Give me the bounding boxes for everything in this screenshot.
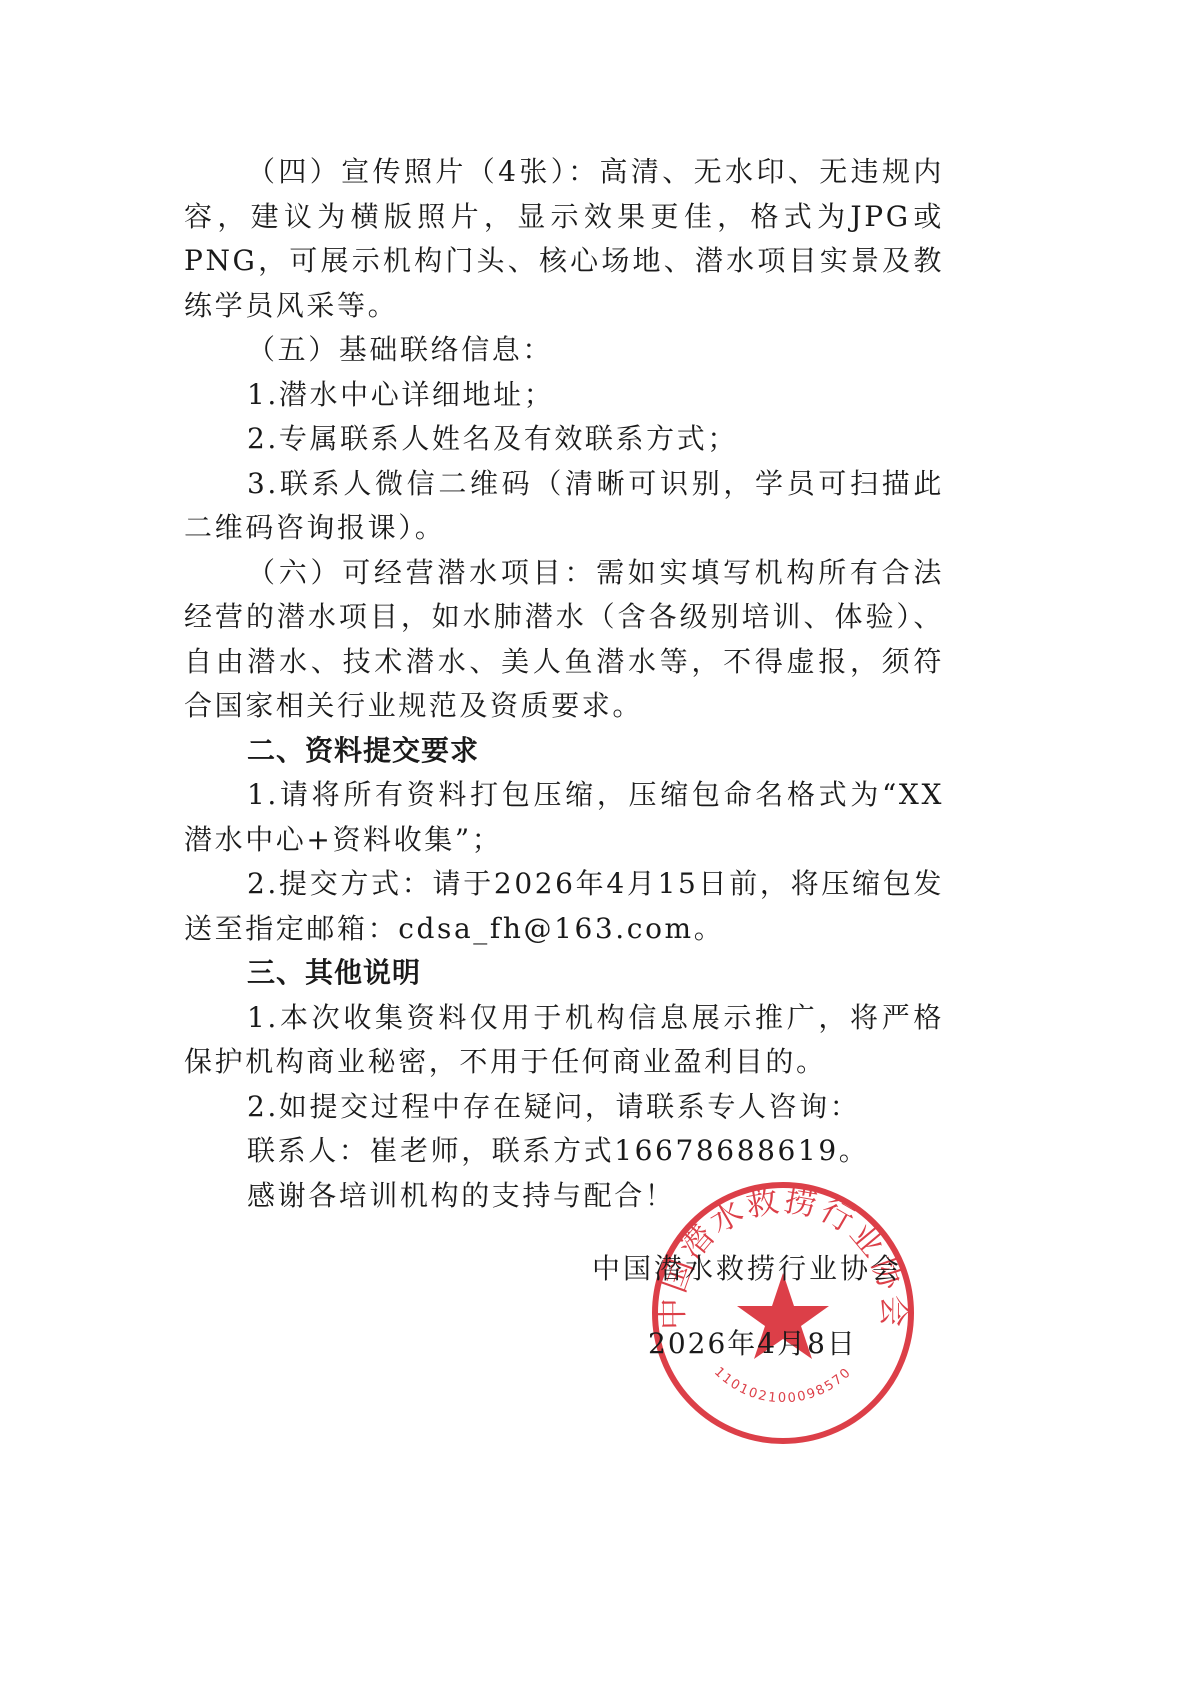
section-5-item-2: 2.专属联系人姓名及有效联系方式； [184,417,944,462]
issuer-organization: 中国潜水救捞行业协会 [592,1247,902,1287]
contact-line: 联系人：崔老师，联系方式16678688619。 [184,1129,944,1174]
part-3-item-1: 1.本次收集资料仅用于机构信息展示推广，将严格保护机构商业秘密，不用于任何商业盈… [184,996,944,1085]
section-5-title: （五）基础联络信息： [184,328,944,373]
part-3-item-2: 2.如提交过程中存在疑问，请联系专人咨询： [184,1085,944,1130]
part-3-heading: 三、其他说明 [184,951,944,996]
section-5-item-1: 1.潜水中心详细地址； [184,373,944,418]
document-body: （四）宣传照片（4张）：高清、无水印、无违规内容，建议为横版照片，显示效果更佳，… [184,150,944,1218]
official-seal-icon: 中国潜水救捞行业协会 110102100098570 [648,1178,918,1448]
section-5-item-3: 3.联系人微信二维码（清晰可识别，学员可扫描此二维码咨询报课）。 [184,462,944,551]
svg-text:110102100098570: 110102100098570 [711,1365,855,1407]
document-page: （四）宣传照片（4张）：高清、无水印、无违规内容，建议为横版照片，显示效果更佳，… [0,0,1191,1685]
part-2-item-2: 2.提交方式：请于2026年4月15日前，将压缩包发送至指定邮箱：cdsa_fh… [184,862,944,951]
part-2-item-1: 1.请将所有资料打包压缩，压缩包命名格式为“XX潜水中心+资料收集”； [184,773,944,862]
stamp-serial: 110102100098570 [711,1365,855,1407]
issue-date: 2026年4月8日 [648,1322,857,1362]
section-4-photos: （四）宣传照片（4张）：高清、无水印、无违规内容，建议为横版照片，显示效果更佳，… [184,150,944,328]
section-6-projects: （六）可经营潜水项目：需如实填写机构所有合法经营的潜水项目，如水肺潜水（含各级别… [184,551,944,729]
part-2-heading: 二、资料提交要求 [184,729,944,774]
